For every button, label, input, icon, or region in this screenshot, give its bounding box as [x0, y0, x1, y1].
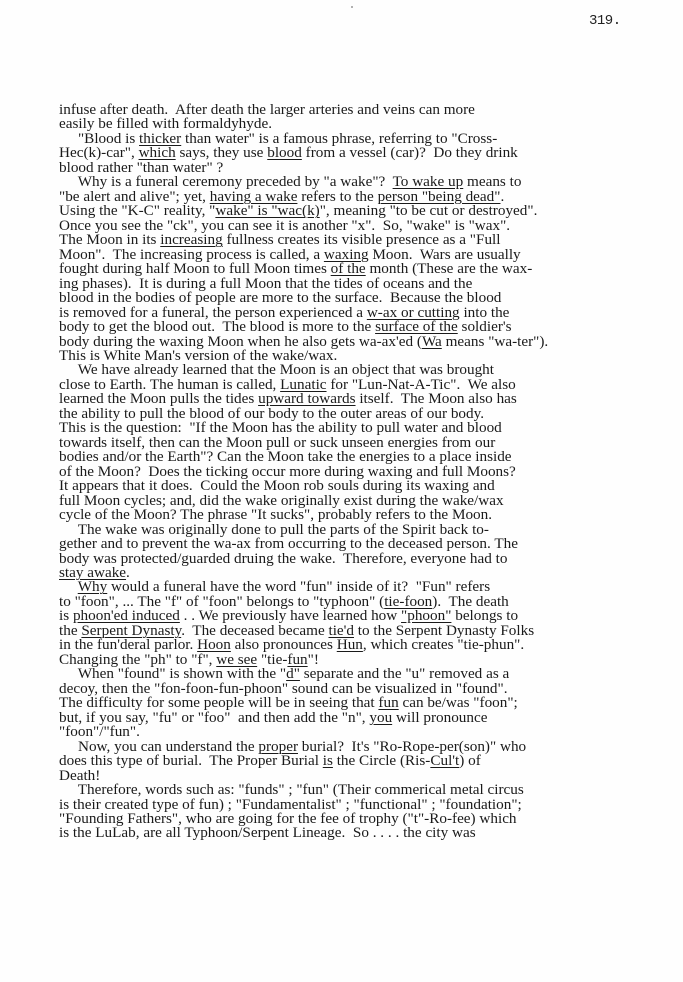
page-number: 319.: [589, 13, 621, 29]
text-segment: is the LuLab, are all Typhoon/Serpent Li…: [59, 824, 476, 841]
underlined-text: Hun: [337, 636, 363, 653]
text-segment: , which creates "tie-phun".: [363, 636, 524, 653]
text-line: but, if you say, "fu" or "foo" and then …: [59, 711, 679, 725]
underlined-text: you: [369, 709, 392, 726]
underlined-text: blood: [267, 144, 302, 161]
underlined-text: Wa: [422, 333, 442, 350]
text-line: body was protected/guarded druing the wa…: [59, 552, 679, 566]
scan-speck: [351, 6, 353, 8]
text-segment: from a vessel (car)? Do they drink: [302, 144, 518, 161]
text-segment: ) of: [459, 752, 481, 769]
text-segment: the Circle (Ris-: [333, 752, 430, 769]
text-line: is the LuLab, are all Typhoon/Serpent Li…: [59, 826, 679, 840]
text-line: does this type of burial. The Proper Bur…: [59, 754, 679, 768]
underlined-text: Cul't: [430, 752, 459, 769]
underlined-text: is: [323, 752, 333, 769]
text-segment: will pronounce: [392, 709, 487, 726]
document-body: infuse after death. After death the larg…: [59, 103, 679, 841]
text-segment: means "wa-ter").: [442, 333, 548, 350]
